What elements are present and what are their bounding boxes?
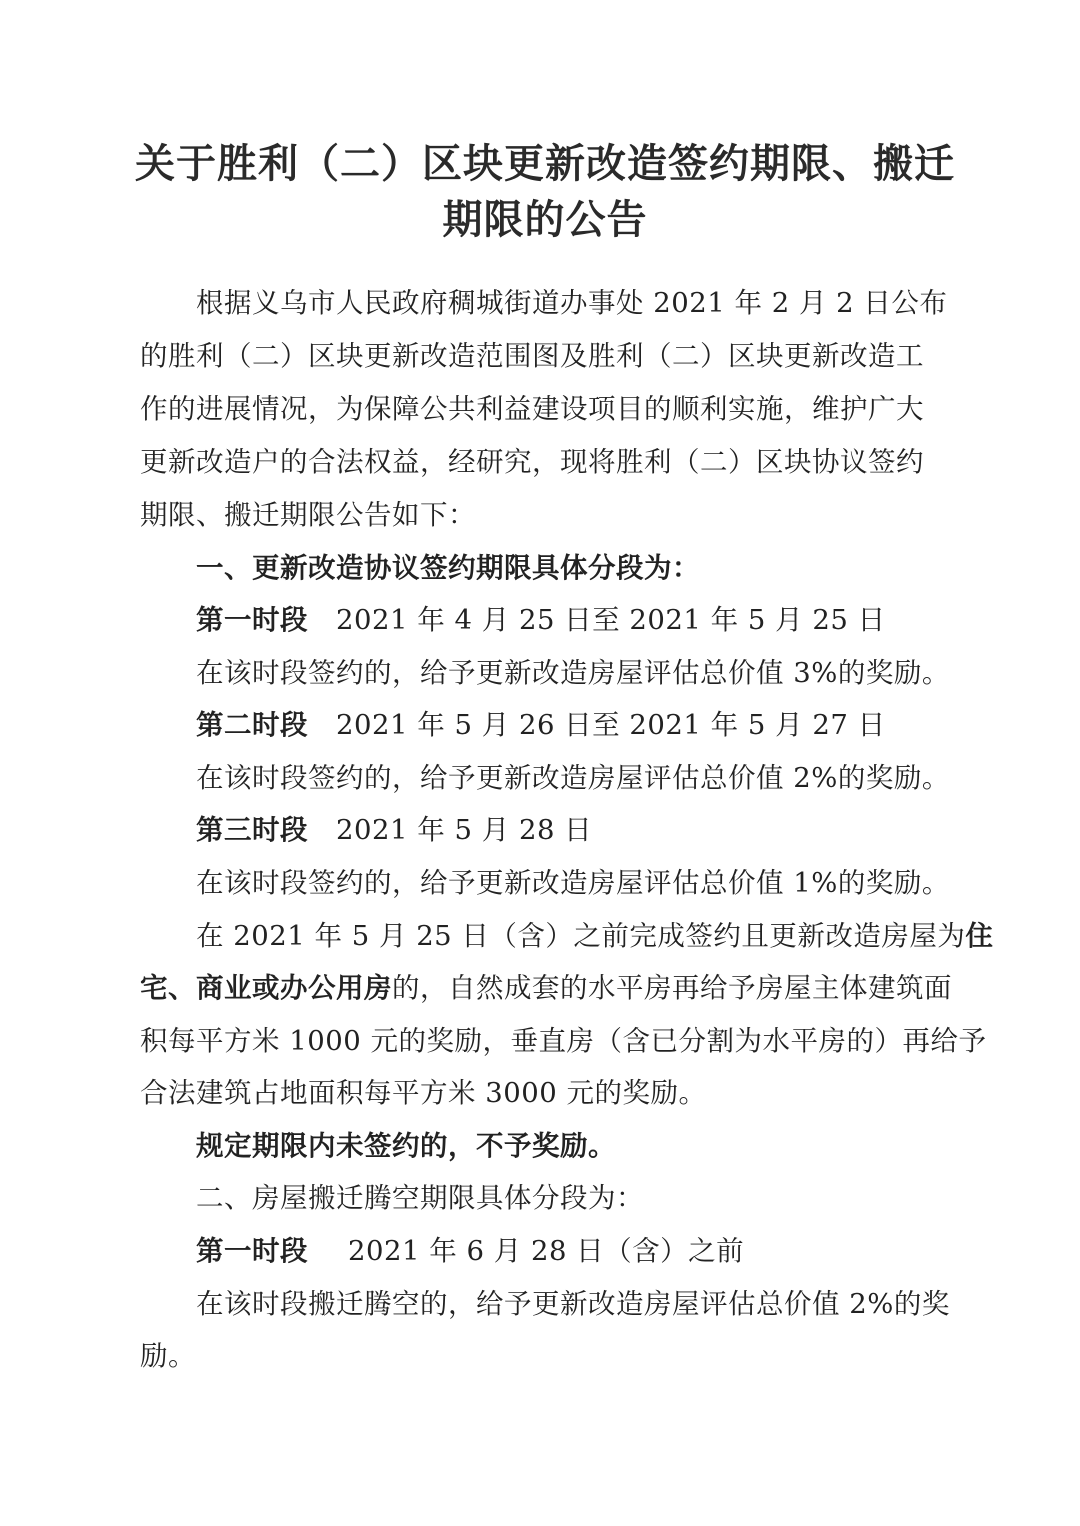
section-1-period-2-reward: 在该时段签约的，给予更新改造房屋评估总价值 2%的奖励。: [196, 758, 1016, 798]
extra-reward-text: 在 2021 年 5 月 25 日（含）之前完成签约且更新改造房屋为: [196, 920, 965, 952]
section-1-period-1: 第一时段2021 年 4 月 25 日至 2021 年 5 月 25 日: [196, 600, 1016, 640]
extra-reward-line-3: 积每平方米 1000 元的奖励，垂直房（含已分割为水平房的）再给予: [140, 1021, 960, 1061]
period-dates: 2021 年 6 月 28 日（含）之前: [348, 1235, 744, 1267]
section-1-period-2: 第二时段2021 年 5 月 26 日至 2021 年 5 月 27 日: [196, 705, 1016, 745]
section-1-heading: 一、更新改造协议签约期限具体分段为：: [196, 548, 1016, 588]
extra-reward-bold: 宅、商业或办公用房: [140, 972, 392, 1004]
section-2-period-1: 第一时段2021 年 6 月 28 日（含）之前: [196, 1231, 1016, 1271]
period-label: 第三时段: [196, 814, 308, 846]
document-title-line-2: 期限的公告: [130, 192, 960, 248]
extra-reward-text: 的，自然成套的水平房再给予房屋主体建筑面: [392, 972, 952, 1004]
period-dates: 2021 年 4 月 25 日至 2021 年 5 月 25 日: [336, 604, 886, 636]
period-label: 第二时段: [196, 709, 308, 741]
section-2-heading: 二、房屋搬迁腾空期限具体分段为：: [196, 1178, 1016, 1218]
period-dates: 2021 年 5 月 26 日至 2021 年 5 月 27 日: [336, 709, 886, 741]
section-1-period-1-reward: 在该时段签约的，给予更新改造房屋评估总价值 3%的奖励。: [196, 653, 1016, 693]
section-1-period-3-reward: 在该时段签约的，给予更新改造房屋评估总价值 1%的奖励。: [196, 863, 1016, 903]
intro-line-2: 的胜利（二）区块更新改造范围图及胜利（二）区块更新改造工: [140, 336, 960, 376]
document-title-line-1: 关于胜利（二）区块更新改造签约期限、搬迁: [130, 136, 960, 192]
period-label: 第一时段: [196, 604, 308, 636]
extra-reward-line-1: 在 2021 年 5 月 25 日（含）之前完成签约且更新改造房屋为住: [196, 916, 1016, 956]
intro-line-3: 作的进展情况，为保障公共利益建设项目的顺利实施，维护广大: [140, 389, 960, 429]
intro-line-4: 更新改造户的合法权益，经研究，现将胜利（二）区块协议签约: [140, 442, 960, 482]
no-reward-notice: 规定期限内未签约的，不予奖励。: [196, 1126, 1016, 1166]
intro-line-1: 根据义乌市人民政府稠城街道办事处 2021 年 2 月 2 日公布: [196, 283, 1016, 323]
extra-reward-line-2: 宅、商业或办公用房的，自然成套的水平房再给予房屋主体建筑面: [140, 968, 960, 1008]
extra-reward-line-4: 合法建筑占地面积每平方米 3000 元的奖励。: [140, 1073, 960, 1113]
section-2-period-1-reward-line-2: 励。: [140, 1336, 960, 1376]
extra-reward-bold: 住: [965, 920, 993, 952]
period-label: 第一时段: [196, 1235, 308, 1267]
period-dates: 2021 年 5 月 28 日: [336, 814, 592, 846]
document-page: 关于胜利（二）区块更新改造签约期限、搬迁 期限的公告 根据义乌市人民政府稠城街道…: [0, 0, 1080, 1526]
section-2-period-1-reward-line-1: 在该时段搬迁腾空的，给予更新改造房屋评估总价值 2%的奖: [196, 1284, 1016, 1324]
section-1-period-3: 第三时段2021 年 5 月 28 日: [196, 810, 1016, 850]
intro-line-5: 期限、搬迁期限公告如下：: [140, 495, 960, 535]
